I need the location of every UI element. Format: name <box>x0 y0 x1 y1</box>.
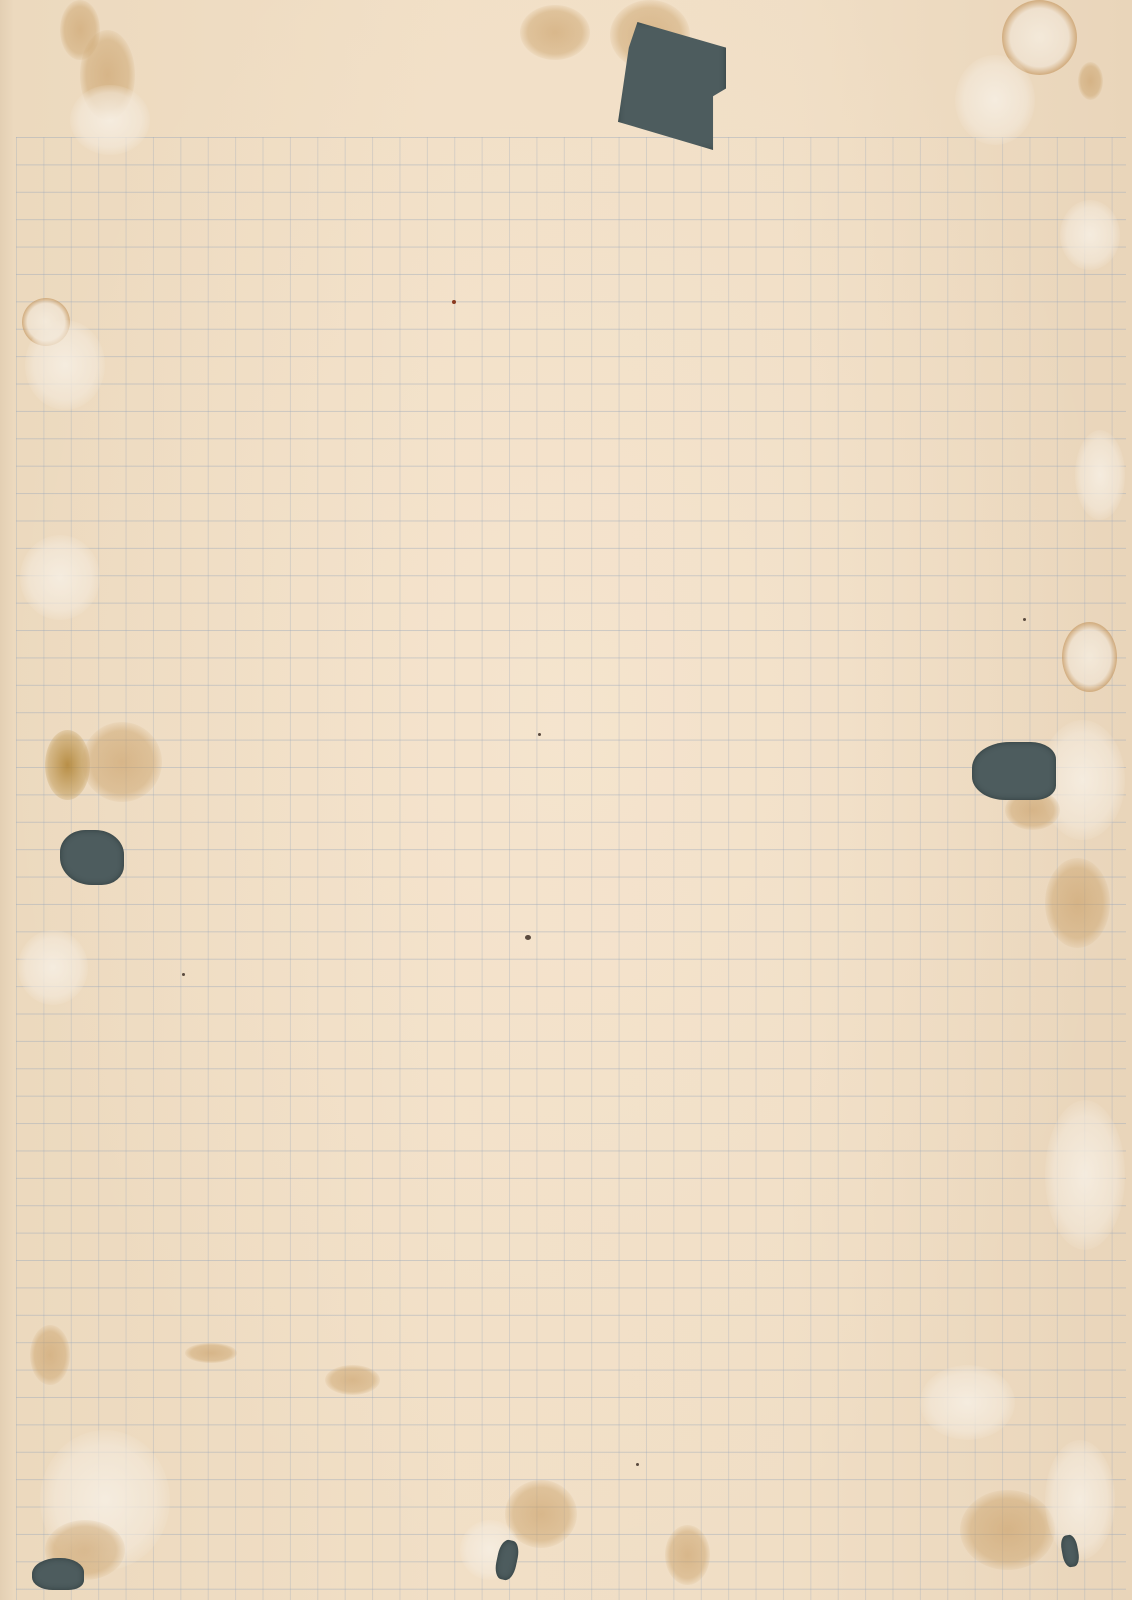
speck <box>636 1463 639 1466</box>
ring-stain-right-mid <box>1062 622 1117 692</box>
stain-top-center-1 <box>520 5 590 60</box>
bleach-bottom-right <box>920 1365 1015 1440</box>
bleach-right-upper <box>1060 200 1120 270</box>
bleach-left-lower <box>18 930 88 1005</box>
bleach-left-upper <box>25 320 105 410</box>
paper-scrap-bottom-left <box>32 1558 84 1590</box>
bleach-bottom-right-corner <box>1045 1440 1115 1560</box>
stain-bottom-left-drip <box>30 1325 70 1385</box>
stain-left-middle-2 <box>82 722 162 802</box>
paper-scrap-top-center <box>618 22 726 150</box>
paper-scrap-left-middle <box>60 830 124 885</box>
bleach-right-lower <box>1045 1100 1125 1250</box>
paper-scrap-right-middle <box>972 742 1056 800</box>
speck <box>1023 618 1026 621</box>
bleach-top-right <box>955 55 1035 145</box>
stain-top-right-edge <box>1078 62 1103 100</box>
graph-paper-sheet <box>0 0 1132 1600</box>
bleach-top-left <box>70 85 150 155</box>
speck <box>538 733 541 736</box>
speck <box>525 935 531 940</box>
stain-bottom-center-left <box>325 1365 380 1395</box>
speck <box>182 973 185 976</box>
speck <box>452 300 456 304</box>
bleach-left-mid <box>20 535 100 620</box>
bleach-right-mid-upper <box>1075 430 1125 520</box>
stain-bottom-left-small <box>185 1343 237 1363</box>
stain-right-lower <box>1045 858 1110 948</box>
stain-bottom-right-1 <box>960 1490 1055 1570</box>
stain-bottom-center-right <box>665 1525 710 1585</box>
